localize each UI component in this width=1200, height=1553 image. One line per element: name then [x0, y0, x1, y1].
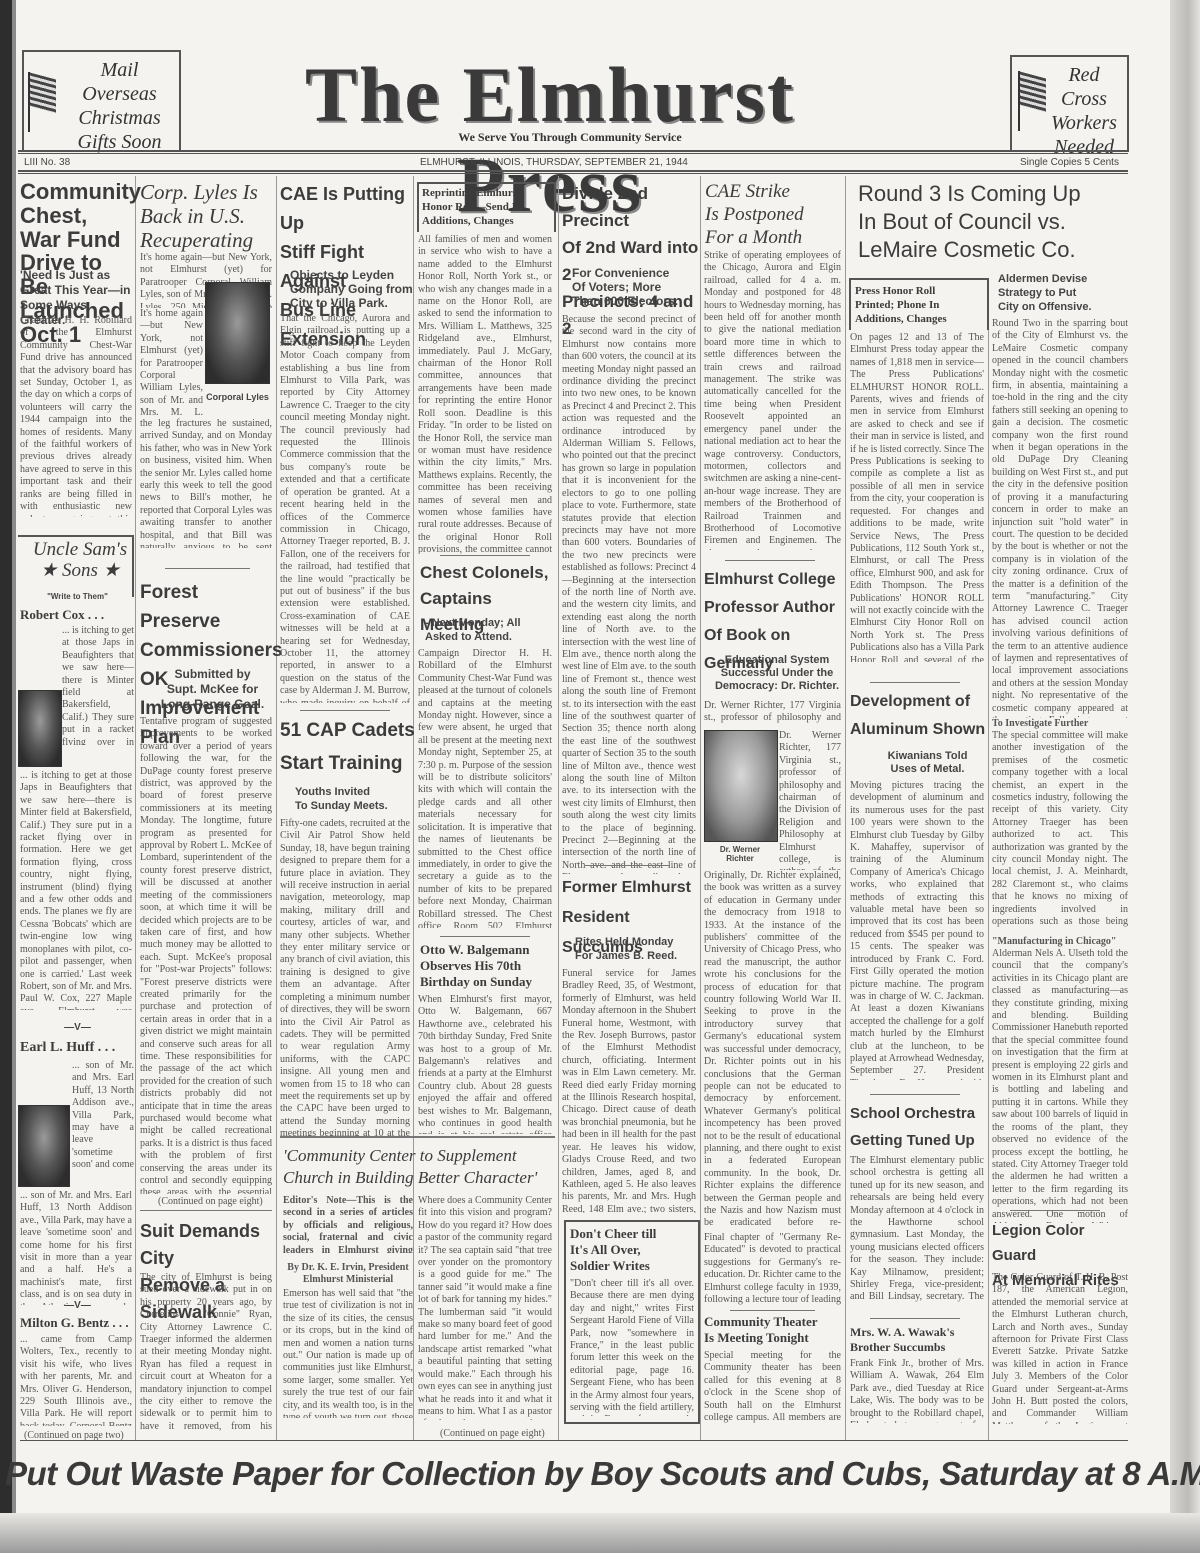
richter-photo	[704, 730, 778, 842]
chest-colonels-deck: - Next Monday; All Asked to Attend.	[425, 616, 555, 644]
chest-body: Chairman H. H. Robillard of the Elmhurst…	[20, 315, 132, 517]
dateline: ELMHURST, ILLINOIS, THURSDAY, SEPTEMBER …	[420, 157, 688, 168]
divider	[585, 865, 670, 866]
divider	[730, 1310, 815, 1311]
cae-bus-body: That the Chicago, Aurora and Elgin railr…	[280, 313, 410, 703]
serviceman-body: ... son of Mr. and Mrs. Earl Huff, 13 No…	[72, 1060, 134, 1170]
precinct-deck: For Convenience Of Voters; More Than 600…	[572, 266, 700, 308]
divider	[440, 555, 530, 556]
balgemann-headline: Otto W. Balgemann Observes His 70th Birt…	[420, 942, 555, 990]
column-rule	[135, 176, 136, 1441]
cae-strike-headline: CAE Strike Is Postponed For a Month	[705, 180, 845, 249]
precinct-body: Because the second precinct of the secon…	[562, 314, 696, 874]
lyles-photo-caption: Corporal Lyles	[205, 392, 270, 402]
divider	[870, 1318, 960, 1319]
price: Single Copies 5 Cents	[1020, 157, 1119, 168]
lyles-headline: Corp. Lyles Is Back in U.S. Recuperating	[140, 180, 275, 252]
press-honor-roll-body: On pages 12 and 13 of The Elmhurst Press…	[850, 332, 984, 662]
continued-note[interactable]: (Continued on page eight)	[158, 1196, 263, 1207]
lyles-photo	[205, 282, 270, 384]
right-ear-line: Workers	[1044, 111, 1124, 135]
cap-body: Fifty-one cadets, recruited at the Civil…	[280, 818, 410, 1138]
cae-strike-body: Strike of operating employees of the Chi…	[704, 250, 841, 550]
serviceman-photo	[18, 690, 62, 767]
masthead-rule-bottom	[18, 170, 1128, 172]
wawak-body: Frank Fink Jr., brother of Mrs. William …	[850, 1358, 984, 1423]
page-bottom-shadow	[0, 1513, 1200, 1553]
cap-headline: 51 CAP Cadets Start Training	[280, 714, 415, 780]
masthead-rule-top-2	[18, 153, 1128, 154]
round3-body-2: The special committee will make another …	[992, 730, 1128, 930]
professor-body-3: Final chapter of "Germany Re-Educated" i…	[704, 1232, 841, 1307]
legion-body: The Color Guard of T. H. B. Post 187, th…	[992, 1272, 1128, 1424]
serviceman-photo	[18, 1105, 70, 1187]
orchestra-body: The Elmhurst elementary public school or…	[850, 1155, 984, 1303]
separator: —V—	[20, 1300, 135, 1311]
masthead-rule-bottom-2	[18, 173, 1128, 174]
left-ear-line: Mail Overseas	[62, 58, 177, 106]
community-center-body: Emerson has well said that "the true tes…	[283, 1288, 413, 1418]
serviceman-body-cont: ... son of Mr. and Mrs. Earl Huff, 13 No…	[20, 1190, 132, 1305]
sidewalk-body: The city of Elmhurst is being sued over …	[140, 1272, 272, 1432]
lyles-body-side: It's home again—but New York, not Elmhur…	[140, 308, 203, 418]
serviceman-name: Milton G. Bentz . . .	[20, 1316, 135, 1330]
serviceman-body: ... came from Camp Wolters, Tex., recent…	[20, 1334, 132, 1426]
aluminum-body: Moving pictures tracing the development …	[850, 780, 984, 1080]
column-rule	[558, 176, 559, 1441]
richter-caption: Dr. Werner Richter	[704, 845, 776, 863]
balgemann-body: When Elmhurst's first mayor, Otto W. Bal…	[418, 994, 552, 1134]
left-ear-line: Christmas	[62, 106, 177, 130]
round3-body: Round Two in the sparring bout of the Ci…	[992, 318, 1128, 718]
round3-headline: Round 3 Is Coming Up In Bout of Council …	[858, 180, 1138, 264]
round3-body-3: Alderman Nels A. Ulseth told the council…	[992, 948, 1128, 1223]
divider	[165, 568, 250, 569]
theater-headline: Community Theater Is Meeting Tonight	[704, 1314, 844, 1346]
serviceman-name: Robert Cox . . .	[20, 608, 135, 622]
wawak-headline: Mrs. W. A. Wawak's Brother Succumbs	[850, 1325, 990, 1355]
community-center-editors-note: Editor's Note—This is the second in a se…	[283, 1195, 413, 1253]
chest-colonels-body: Campaign Director H. H. Robillard of the…	[418, 648, 552, 928]
round3-subhead: To Investigate Further	[992, 718, 1128, 730]
round3-subhead-2: "Manufacturing in Chicago"	[992, 936, 1128, 948]
column-rule	[276, 176, 277, 1441]
serviceman-name: Earl L. Huff . . .	[20, 1040, 135, 1055]
theater-body: Special meeting for the Community theate…	[704, 1350, 841, 1425]
page-edge-right	[1170, 0, 1200, 1553]
motto: We Serve You Through Community Service	[420, 130, 720, 145]
professor-deck: Educational System Successful Under the …	[712, 654, 842, 693]
forest-body: Tentative program of suggested improveme…	[140, 716, 272, 1194]
cae-bus-deck: Objects to Leyden Company Going from Cit…	[290, 268, 415, 310]
divider	[440, 936, 530, 937]
left-ear-box: Mail Overseas Christmas Gifts Soon	[22, 50, 181, 152]
lyles-body-bottom: the leg fractures he sustained, arrived …	[140, 418, 272, 548]
footer-banner: Put Out Waste Paper for Collection by Bo…	[5, 1455, 1195, 1493]
serviceman-body: ... is itching to get at those Japs in B…	[62, 625, 134, 745]
dont-cheer-body: "Don't cheer till it's all over. Because…	[570, 1278, 694, 1416]
column-rule	[845, 176, 846, 1441]
column-rule	[700, 176, 701, 1441]
flag-icon	[26, 72, 56, 132]
dont-cheer-headline: Don't Cheer till It's All Over, Soldier …	[570, 1226, 695, 1274]
community-center-byline: By Dr. K. E. Irvin, President Elmhurst M…	[283, 1262, 413, 1287]
orchestra-headline: School Orchestra Getting Tuned Up	[850, 1100, 990, 1154]
cap-deck: Youths Invited To Sunday Meets.	[295, 785, 415, 813]
honor-roll-body: All families of men and women in service…	[418, 234, 552, 554]
volume-number: LIII No. 38	[24, 157, 70, 168]
serviceman-body-cont: ... is itching to get at those Japs in B…	[20, 770, 132, 1010]
divider	[280, 1136, 555, 1138]
press-honor-roll-headline: Press Honor Roll Printed; Phone In Addit…	[855, 284, 985, 326]
professor-body-side: Dr. Werner Richter, 177 Virginia st., pr…	[779, 730, 841, 870]
right-ear-box: Red Cross Workers Needed	[1010, 55, 1129, 152]
banner-rule	[20, 1440, 1128, 1441]
star-icon: ★	[40, 560, 57, 581]
reed-deck: Rites Held Monday For James B. Reed.	[575, 935, 703, 963]
masthead-rule-top	[18, 150, 1128, 152]
divider	[1010, 1210, 1100, 1211]
professor-body-top: Dr. Werner Richter, 177 Virginia st., pr…	[704, 700, 841, 725]
divider	[725, 560, 815, 561]
reed-body: Funeral service for James Bradley Reed, …	[562, 968, 696, 1213]
page-edge-left	[0, 0, 12, 1553]
divider	[300, 710, 390, 711]
forest-deck: Submitted by Supt. McKee for Long-Range …	[150, 667, 275, 712]
continued-note[interactable]: (Continued on page eight)	[440, 1428, 545, 1439]
aluminum-deck: Kiwanians Told Uses of Metal.	[865, 750, 990, 776]
divider	[140, 1210, 272, 1211]
uncle-sams-sons-subtitle: "Write to Them"	[20, 592, 135, 601]
aluminum-headline: Development of Aluminum Shown	[850, 688, 990, 744]
divider	[870, 1094, 960, 1095]
page-edge-left-inner	[12, 0, 16, 1553]
right-ear-line: Red Cross	[1044, 63, 1124, 111]
community-center-body-2: Where does a Community Center fit into t…	[418, 1195, 552, 1420]
flag-icon	[1016, 71, 1046, 131]
professor-body: Originally, Dr. Richter explained, the b…	[704, 870, 841, 1230]
divider	[870, 682, 960, 683]
honor-roll-headline: Reprinting Elmhurst Honor Roll—Send In A…	[422, 186, 552, 228]
uncle-sams-sons-headline: Uncle Sam's ★ Sons ★	[25, 540, 135, 581]
round3-deck: Aldermen Devise Strategy to Put City on …	[998, 272, 1128, 314]
right-ear-line: Needed	[1044, 135, 1124, 159]
separator: —V—	[20, 1022, 135, 1033]
column-rule	[988, 290, 989, 1440]
star-icon: ★	[103, 560, 120, 581]
community-center-headline: 'Community Center to Supplement Church i…	[283, 1145, 563, 1189]
